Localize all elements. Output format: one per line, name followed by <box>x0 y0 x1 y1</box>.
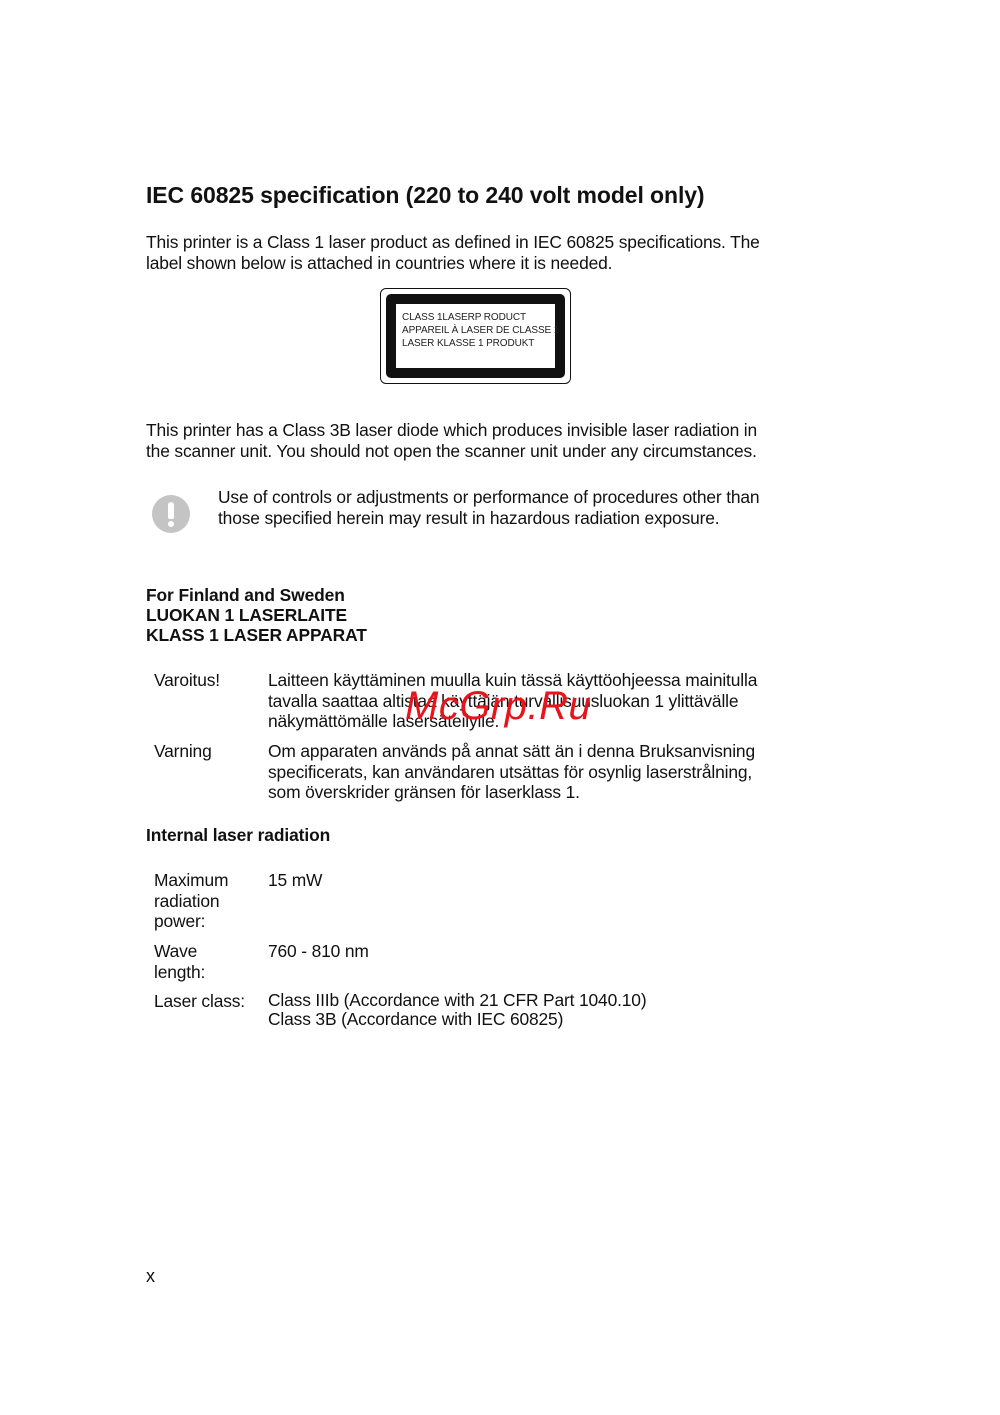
text-line: This printer has a Class 3B laser diode … <box>146 420 757 441</box>
label-frame: CLASS 1LASERP RODUCT APPAREIL À LASER DE… <box>386 294 565 378</box>
text-line: Class 3B (Accordance with IEC 60825) <box>268 1010 646 1029</box>
intro-paragraph: This printer is a Class 1 laser product … <box>146 232 760 273</box>
text-line: Om apparaten används på annat sätt än i … <box>268 741 755 762</box>
spec-label-wavelength: Wave length: <box>154 941 205 982</box>
page-number: x <box>146 1265 155 1287</box>
label-line: LASER KLASSE 1 PRODUKT <box>402 337 559 350</box>
section-heading: KLASS 1 LASER APPARAT <box>146 625 367 645</box>
text-line: power: <box>154 911 228 932</box>
warning-text-swedish: Om apparaten används på annat sätt än i … <box>268 741 755 803</box>
spec-value-wavelength: 760 - 810 nm <box>268 941 369 962</box>
exclamation-dot <box>168 521 174 527</box>
text-line: näkymättömälle lasersäteilylle. <box>268 711 757 732</box>
text-line: those specified herein may result in haz… <box>218 508 759 529</box>
finland-sweden-headings: For Finland and Sweden LUOKAN 1 LASERLAI… <box>146 585 367 645</box>
label-line: CLASS 1LASERP RODUCT <box>402 311 559 324</box>
text-line: the scanner unit. You should not open th… <box>146 441 757 462</box>
text-line: Class IIIb (Accordance with 21 CFR Part … <box>268 991 646 1010</box>
text-line: tavalla saattaa altistaa käyttäjän turva… <box>268 691 757 712</box>
text-line: som överskrider gränsen för laserklass 1… <box>268 782 755 803</box>
warning-label-finnish: Varoitus! <box>154 670 220 691</box>
text-line: 15 mW <box>268 870 322 891</box>
label-inner: CLASS 1LASERP RODUCT APPAREIL À LASER DE… <box>396 304 555 368</box>
spec-value-max-power: 15 mW <box>268 870 322 891</box>
text-line: Maximum <box>154 870 228 891</box>
spec-value-laser-class: Class IIIb (Accordance with 21 CFR Part … <box>268 991 646 1028</box>
page-title: IEC 60825 specification (220 to 240 volt… <box>146 180 705 210</box>
text-line: Wave <box>154 941 205 962</box>
spec-label-laser-class: Laser class: <box>154 991 245 1012</box>
text-line: This printer is a Class 1 laser product … <box>146 232 760 253</box>
text-line: length: <box>154 962 205 983</box>
warning-text-finnish: Laitteen käyttäminen muulla kuin tässä k… <box>268 670 757 732</box>
section-heading: For Finland and Sweden <box>146 585 367 605</box>
text-line: 760 - 810 nm <box>268 941 369 962</box>
laser-product-label: CLASS 1LASERP RODUCT APPAREIL À LASER DE… <box>380 288 571 384</box>
label-line: APPAREIL À LASER DE CLASSE 1 <box>402 324 559 337</box>
section-heading: LUOKAN 1 LASERLAITE <box>146 605 367 625</box>
text-line: radiation <box>154 891 228 912</box>
internal-radiation-heading: Internal laser radiation <box>146 825 330 845</box>
warning-label-swedish: Varning <box>154 741 212 762</box>
label-text: CLASS 1LASERP RODUCT APPAREIL À LASER DE… <box>402 311 559 350</box>
caution-note: Use of controls or adjustments or perfor… <box>218 487 759 528</box>
text-line: Laitteen käyttäminen muulla kuin tässä k… <box>268 670 757 691</box>
text-line: Use of controls or adjustments or perfor… <box>218 487 759 508</box>
diode-paragraph: This printer has a Class 3B laser diode … <box>146 420 757 461</box>
spec-label-max-power: Maximum radiation power: <box>154 870 228 932</box>
exclamation-bar <box>168 502 174 519</box>
text-line: label shown below is attached in countri… <box>146 253 760 274</box>
caution-exclamation-icon <box>152 495 190 533</box>
text-line: Laser class: <box>154 991 245 1012</box>
text-line: specificerats, kan användaren utsättas f… <box>268 762 755 783</box>
